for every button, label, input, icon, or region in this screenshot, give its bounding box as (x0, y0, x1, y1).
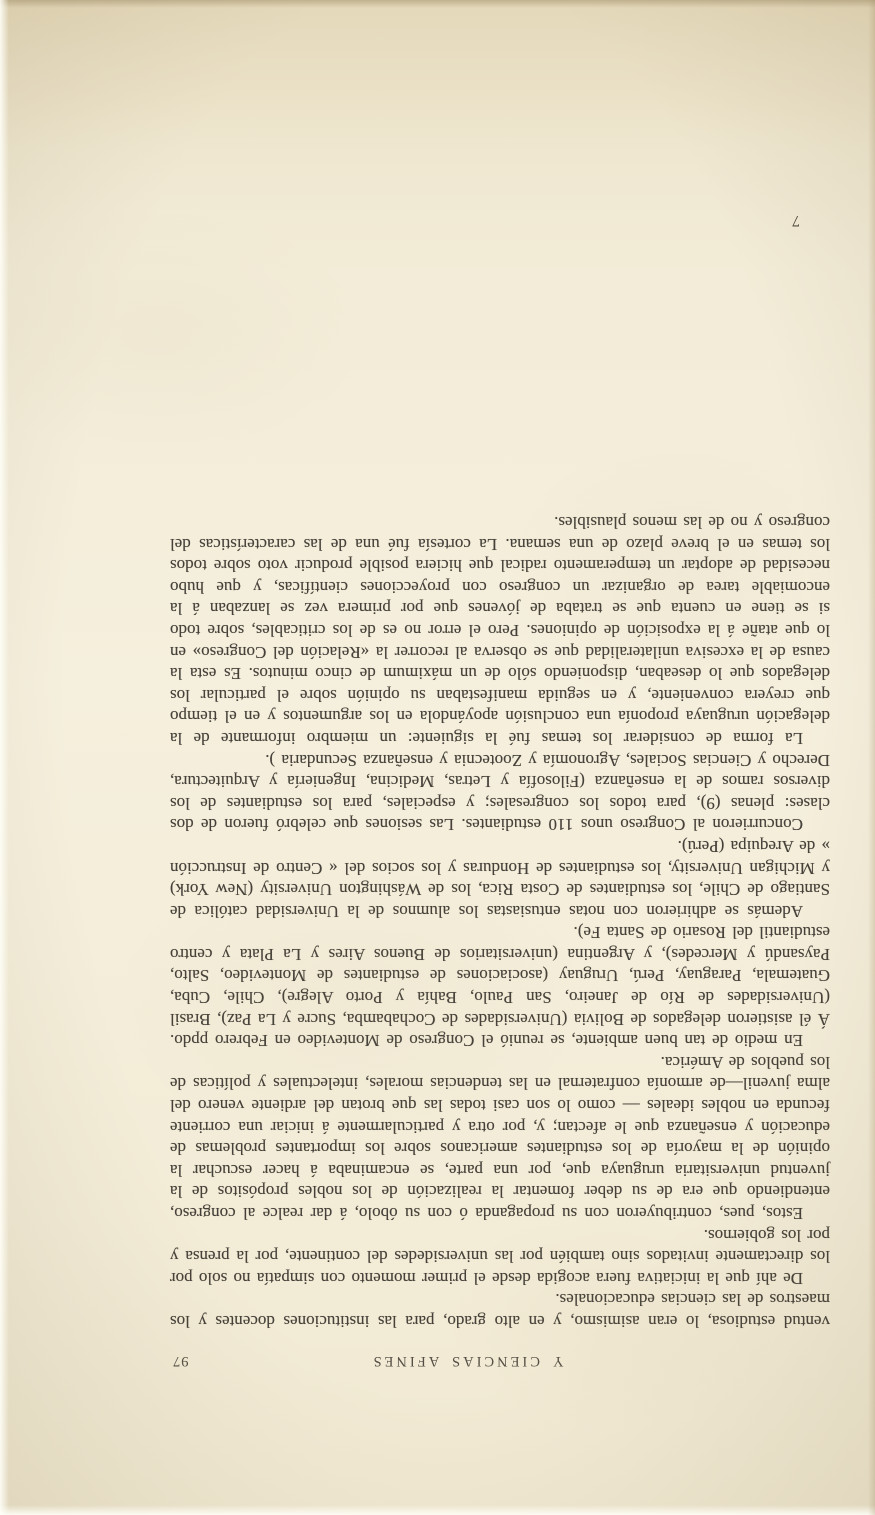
paragraph: Estos, pues, contribuyeron con su propag… (170, 1051, 830, 1224)
scanned-page: Y CIENCIAS AFINES 97 ventud estudiosa, l… (0, 0, 875, 1515)
running-head: Y CIENCIAS AFINES 97 (170, 1345, 830, 1369)
paragraph: Concurrieron al Congreso unos 110 estudi… (170, 749, 830, 835)
paragraph: La forma de considerar los temas fué la … (170, 511, 830, 749)
page-number: 97 (172, 1352, 189, 1369)
page-content-rotated-180: Y CIENCIAS AFINES 97 ventud estudiosa, l… (0, 0, 875, 1515)
body-text: ventud estudiosa, lo eran asimismo, y en… (170, 511, 830, 1332)
paragraph: Además se adhirieron con notas entusiast… (170, 835, 830, 921)
running-head-title: Y CIENCIAS AFINES (170, 1352, 764, 1369)
paragraph: ventud estudiosa, lo eran asimismo, y en… (170, 1289, 830, 1332)
printer-signature-mark: 7 (792, 211, 800, 229)
paragraph: De ahí que la iniciativa fuera acogida d… (170, 1224, 830, 1289)
paragraph: En medio de tan buen ambiente, se reunió… (170, 922, 830, 1052)
